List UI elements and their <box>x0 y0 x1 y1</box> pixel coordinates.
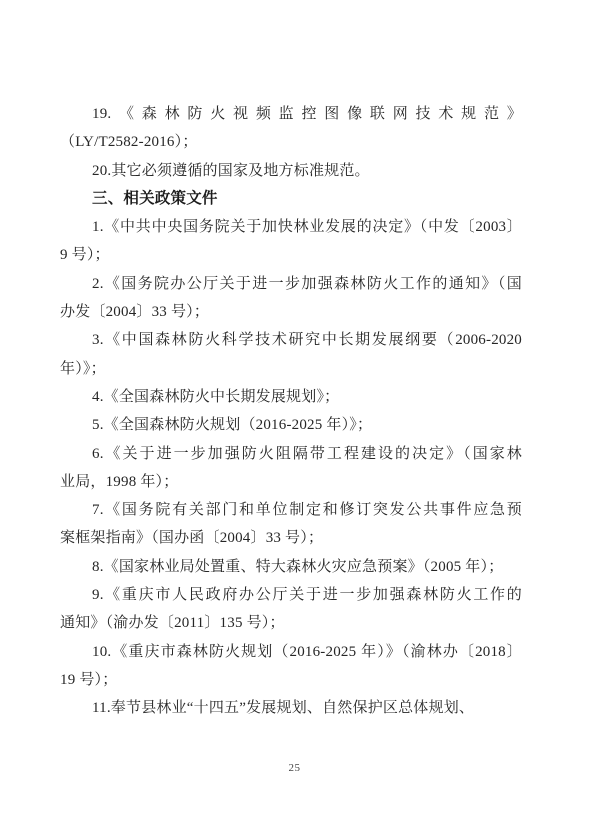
item-3-line-2: 年）》； <box>60 355 522 383</box>
page-number: 25 <box>0 762 589 774</box>
item-11-line-1: 11.奉节县林业“十四五”发展规划、自然保护区总体规划、 <box>60 694 522 722</box>
item-2-line-1: 2.《国务院办公厅关于进一步加强森林防火工作的通知》（国 <box>60 270 522 298</box>
item-7-line-2: 案框架指南》（国办函〔2004〕33 号）； <box>60 524 522 552</box>
item-4-line-1: 4.《全国森林防火中长期发展规划》； <box>60 383 522 411</box>
item-9-line-1: 9.《重庆市人民政府办公厅关于进一步加强森林防火工作的 <box>60 581 522 609</box>
item-3-line-1: 3.《中国森林防火科学技术研究中长期发展纲要（2006-2020 <box>60 326 522 354</box>
item-8-line-1: 8.《国家林业局处置重、特大森林火灾应急预案》（2005 年）； <box>60 553 522 581</box>
item-19-line-1: 19.《森林防火视频监控图像联网技术规范》 <box>60 100 522 128</box>
item-9-line-2: 通知》（渝办发〔2011〕135 号）； <box>60 609 522 637</box>
section-heading: 三、相关政策文件 <box>60 185 522 213</box>
item-2-line-2: 办发〔2004〕33 号）； <box>60 298 522 326</box>
item-7-line-1: 7.《国务院有关部门和单位制定和修订突发公共事件应急预 <box>60 496 522 524</box>
item-6-line-1: 6.《关于进一步加强防火阻隔带工程建设的决定》（国家林 <box>60 440 522 468</box>
document-page: 19.《森林防火视频监控图像联网技术规范》 （LY/T2582-2016）； 2… <box>0 0 589 833</box>
item-1-line-1: 1.《中共中央国务院关于加快林业发展的决定》（中发〔2003〕 <box>60 213 522 241</box>
item-6-line-2: 业局，1998 年）； <box>60 468 522 496</box>
item-10-line-2: 19 号）； <box>60 666 522 694</box>
item-10-line-1: 10.《重庆市森林防火规划（2016-2025 年）》（渝林办〔2018〕 <box>60 638 522 666</box>
document-body: 19.《森林防火视频监控图像联网技术规范》 （LY/T2582-2016）； 2… <box>60 100 522 723</box>
item-20-line-1: 20.其它必须遵循的国家及地方标准规范。 <box>60 157 522 185</box>
item-19-line-2: （LY/T2582-2016）； <box>60 128 522 156</box>
item-5-line-1: 5.《全国森林防火规划（2016-2025 年）》； <box>60 411 522 439</box>
item-1-line-2: 9 号）； <box>60 241 522 269</box>
